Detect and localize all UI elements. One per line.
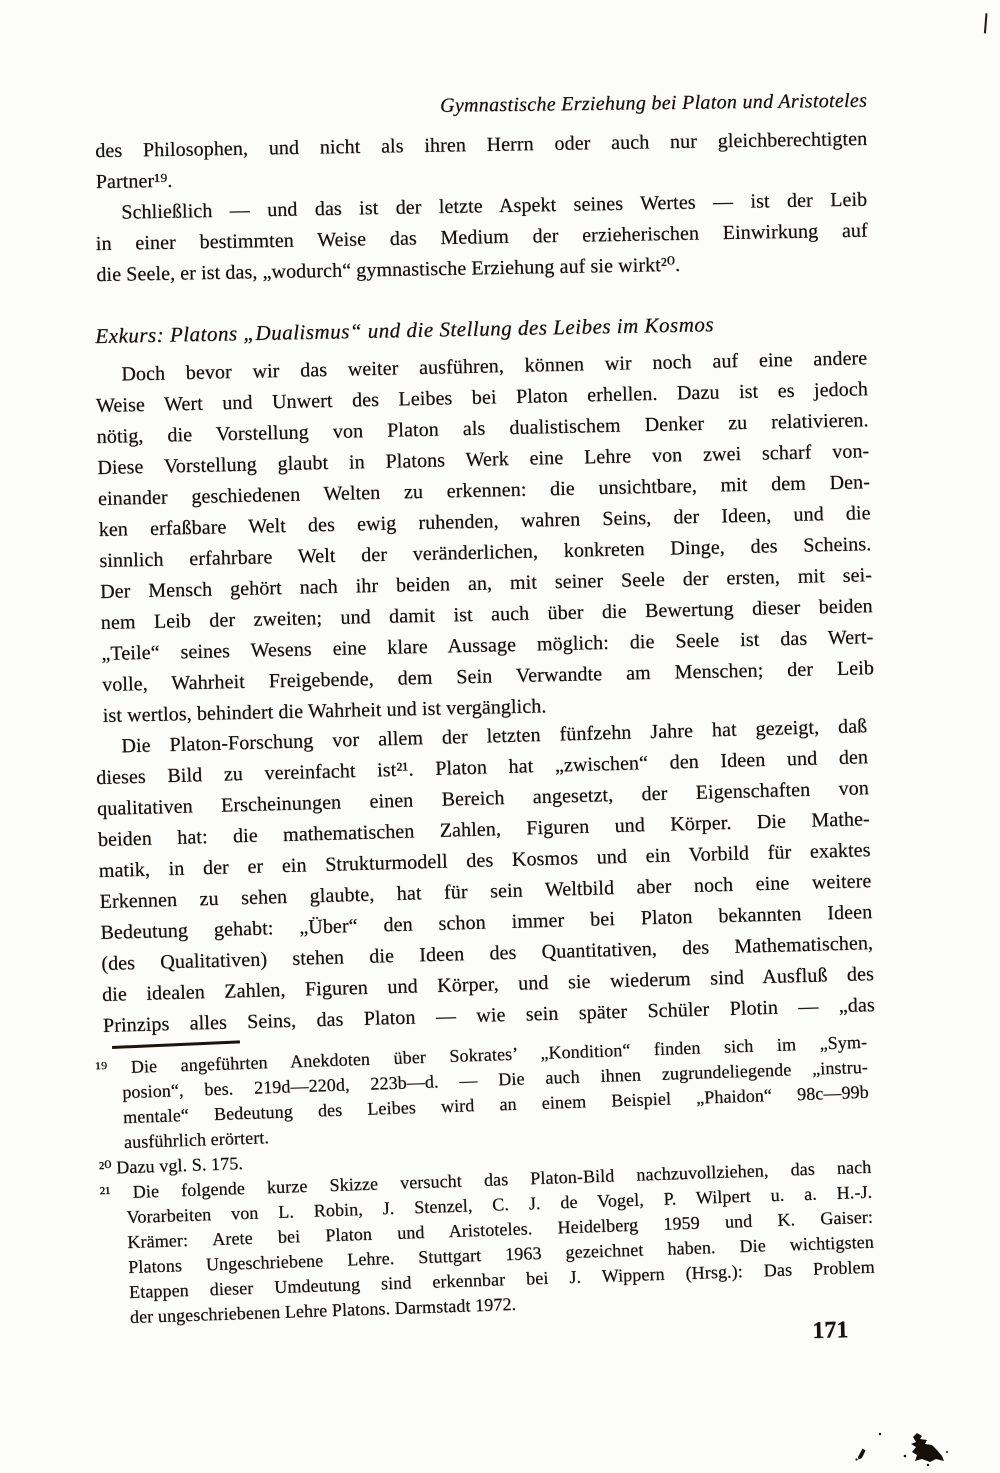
running-head: Gymnastische Erziehung bei Platon und Ar… <box>95 88 867 123</box>
footnotes: ¹⁹ Die angeführten Anekdoten über Sokrat… <box>95 1030 876 1331</box>
page-number: 171 <box>812 1317 849 1344</box>
footnote-rule <box>112 1040 240 1048</box>
footnote-21: ²¹ Die folgende kurze Skizze versucht da… <box>99 1155 876 1331</box>
scanned-book-page: Gymnastische Erziehung bei Platon und Ar… <box>0 0 1000 1473</box>
paragraph-4: Die Platon-Forschung vor allem der letzt… <box>95 711 875 1042</box>
scan-line-artifact-icon <box>984 13 988 34</box>
paragraph-3: Doch bevor wir das weiter ausführen, kön… <box>95 343 875 732</box>
ink-smudge-icon <box>855 1433 948 1466</box>
paragraph-2: Schließlich — und das ist der letzte Asp… <box>95 185 869 291</box>
section-heading: Exkurs: Platons „Dualismus“ und die Stel… <box>95 306 867 351</box>
